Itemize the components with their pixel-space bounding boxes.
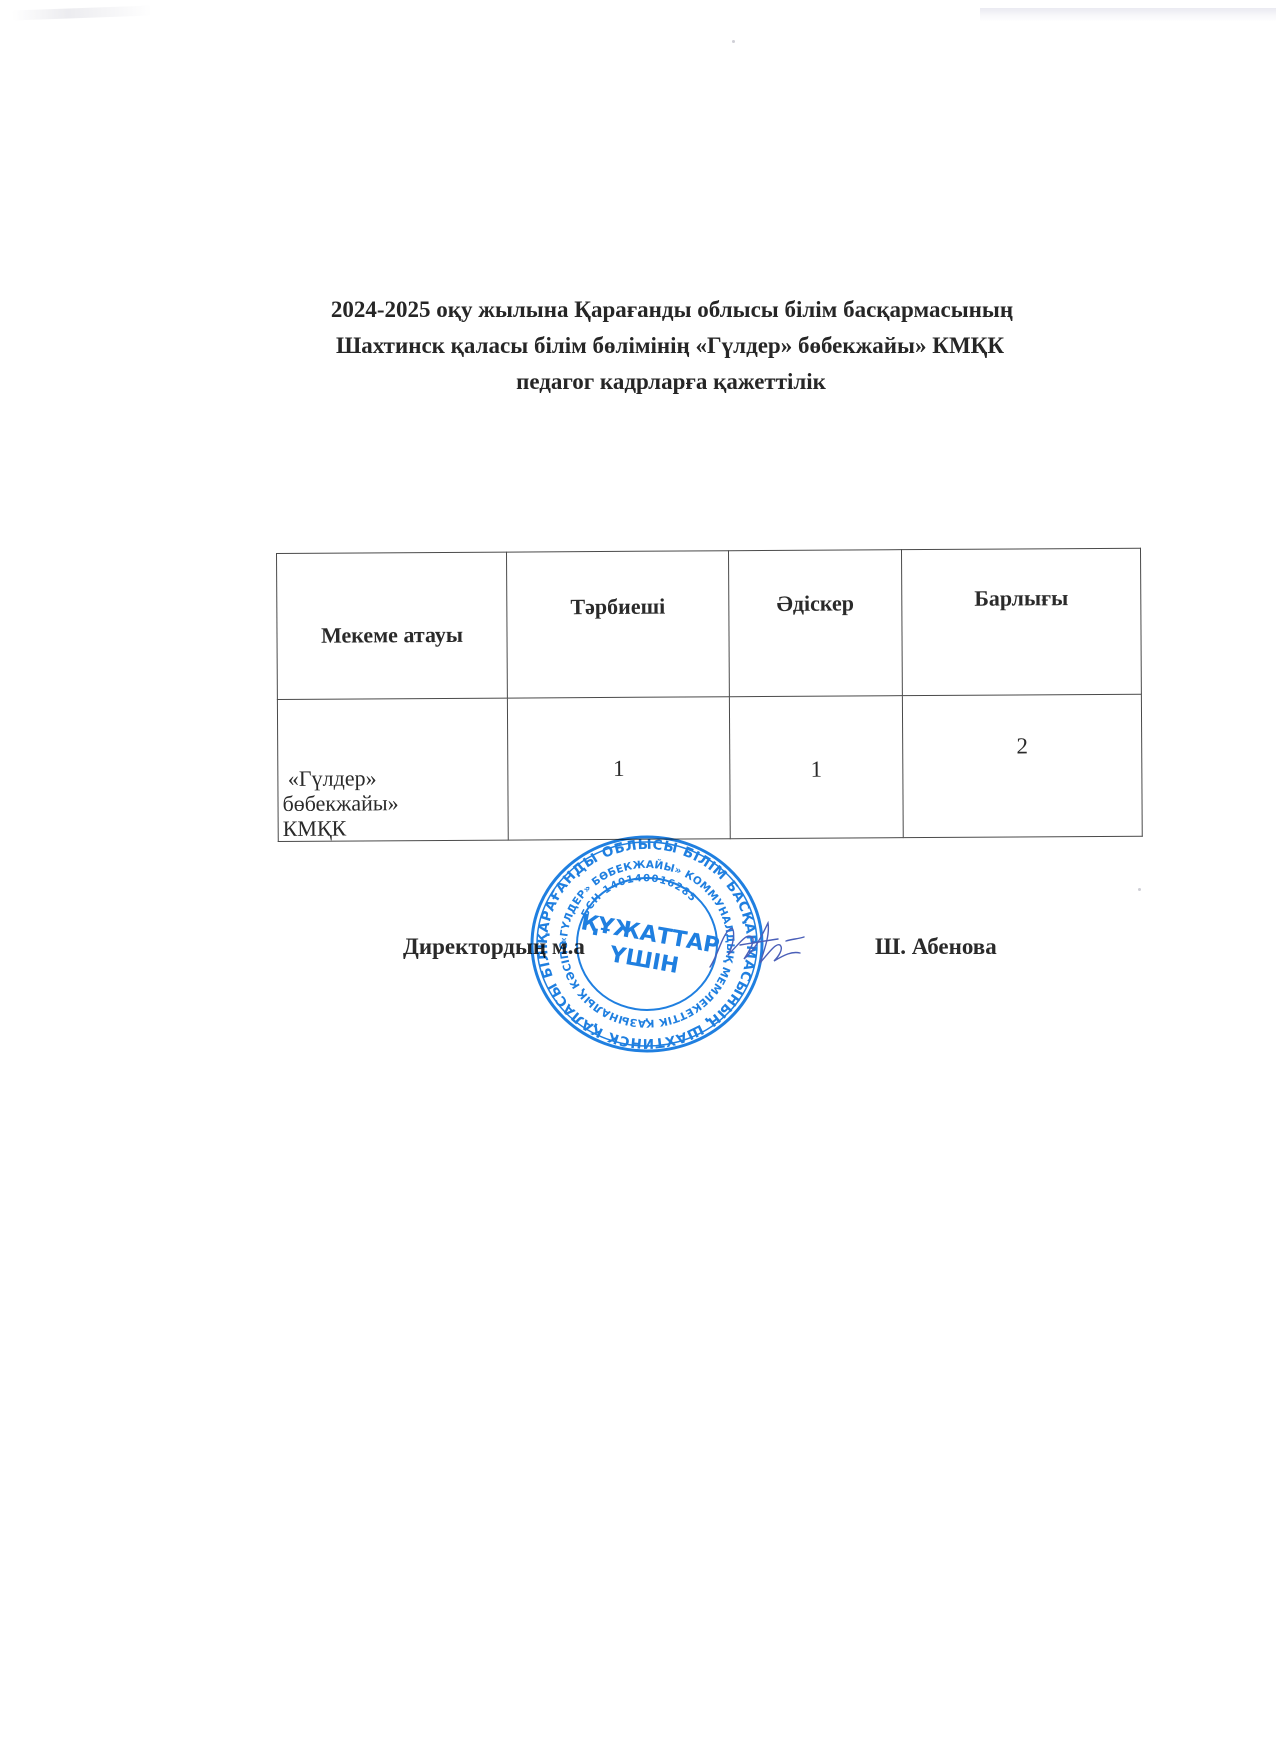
table-header-row: Мекеме атауы Тәрбиеші Әдіскер Барлығы: [277, 548, 1142, 699]
cell-methodologist-count: 1: [729, 696, 903, 839]
header-institution-name: Мекеме атауы: [277, 552, 508, 699]
scan-speck: [1138, 888, 1141, 891]
signatory-name: Ш. Абенова: [875, 934, 997, 960]
header-educator: Тәрбиеші: [506, 551, 729, 698]
title-line-2: Шахтинск қаласы білім бөлімінің «Гүлдер»…: [32, 328, 1276, 364]
table-row: «Гүлдер» бөбекжайы» КМҚК 1 1 2: [277, 694, 1142, 841]
handwritten-signature: [700, 915, 810, 975]
header-methodologist: Әдіскер: [728, 550, 902, 697]
header-total: Барлығы: [901, 548, 1141, 695]
title-line-1: 2024-2025 оқу жылына Қарағанды облысы бі…: [34, 292, 1276, 328]
cell-total-count: 2: [902, 694, 1142, 837]
staff-needs-table-container: Мекеме атауы Тәрбиеші Әдіскер Барлығы «Г…: [276, 548, 1141, 762]
title-line-3: педагог кадрларға қажеттілік: [33, 364, 1276, 400]
scan-artifact: [12, 6, 152, 21]
scan-speck: [732, 40, 735, 43]
cell-institution-name: «Гүлдер» бөбекжайы» КМҚК: [277, 698, 508, 841]
scan-artifact: [980, 8, 1276, 22]
staff-needs-table: Мекеме атауы Тәрбиеші Әдіскер Барлығы «Г…: [276, 548, 1143, 842]
document-title: 2024-2025 оқу жылына Қарағанды облысы бі…: [0, 292, 1276, 400]
cell-educator-count: 1: [507, 697, 730, 840]
